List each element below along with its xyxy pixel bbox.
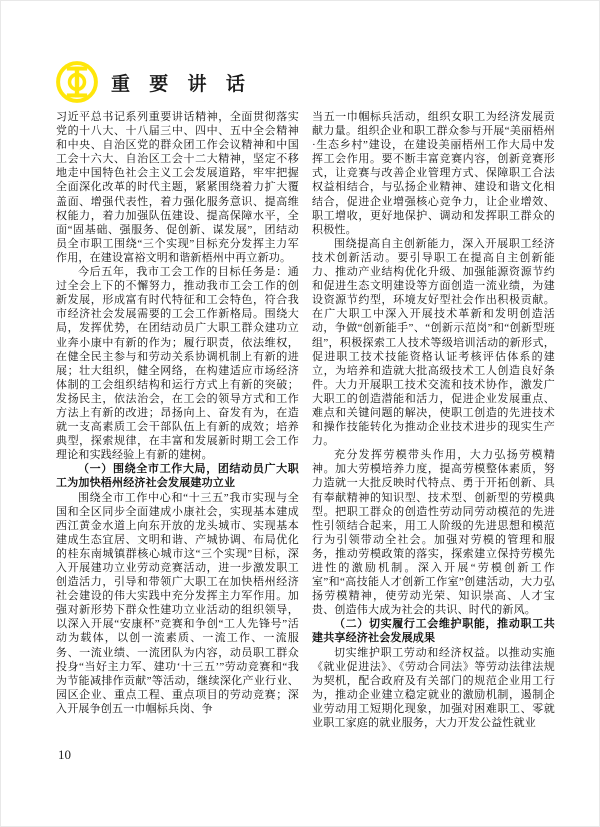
section-title: 重 要 讲 话 (111, 69, 252, 96)
paragraph: 充分发挥劳模带头作用，大力弘扬劳模精神。加大劳模培养力度，提高劳模整体素质，努力… (312, 448, 555, 617)
paragraph: 围绕提高自主创新能力，深入开展职工经济技术创新活动。要引导职工在提高自主创新能力… (312, 237, 555, 448)
subsection-heading-2: （二）切实履行工会维护职能，推动职工共建共享经济社会发展成果 (312, 617, 555, 645)
paragraph: 切实维护职工劳动和经济权益。以推动实施《就业促进法》、《劳动合同法》等劳动法律法… (312, 646, 555, 731)
subsection-heading-1: （一）围绕全市工作大局，团结动员广大职工为加快梧州经济社会发展建功立业 (56, 462, 299, 490)
left-column: 习近平总书记系列重要讲话精神，全面贯彻落实党的十八大、十八届三中、四中、五中全会… (56, 110, 299, 730)
text-columns: 习近平总书记系列重要讲话精神，全面贯彻落实党的十八大、十八届三中、四中、五中全会… (56, 110, 555, 730)
paragraph: 围绕全市工作中心和“十三五”我市实现与全国和全区同步全面建成小康社会，实现基本建… (56, 491, 299, 717)
page-number: 10 (58, 747, 71, 763)
paragraph-continuation: 习近平总书记系列重要讲话精神，全面贯彻落实党的十八大、十八届三中、四中、五中全会… (56, 110, 299, 265)
document-page: 重 要 讲 话 习近平总书记系列重要讲话精神，全面贯彻落实党的十八大、十八届三中… (0, 0, 600, 827)
paragraph-continuation: 当五一巾帼标兵活动，组织女职工为经济发展贡献力量。组织企业和职工群众参与开展“美… (312, 110, 555, 237)
page-header: 重 要 讲 话 (55, 59, 252, 105)
right-column: 当五一巾帼标兵活动，组织女职工为经济发展贡献力量。组织企业和职工群众参与开展“美… (312, 110, 555, 730)
paragraph: 今后五年，我市工会工作的目标任务是：通过全会上下的不懈努力，推动我市工会工作的创… (56, 265, 299, 462)
trade-union-emblem-icon (55, 60, 99, 104)
